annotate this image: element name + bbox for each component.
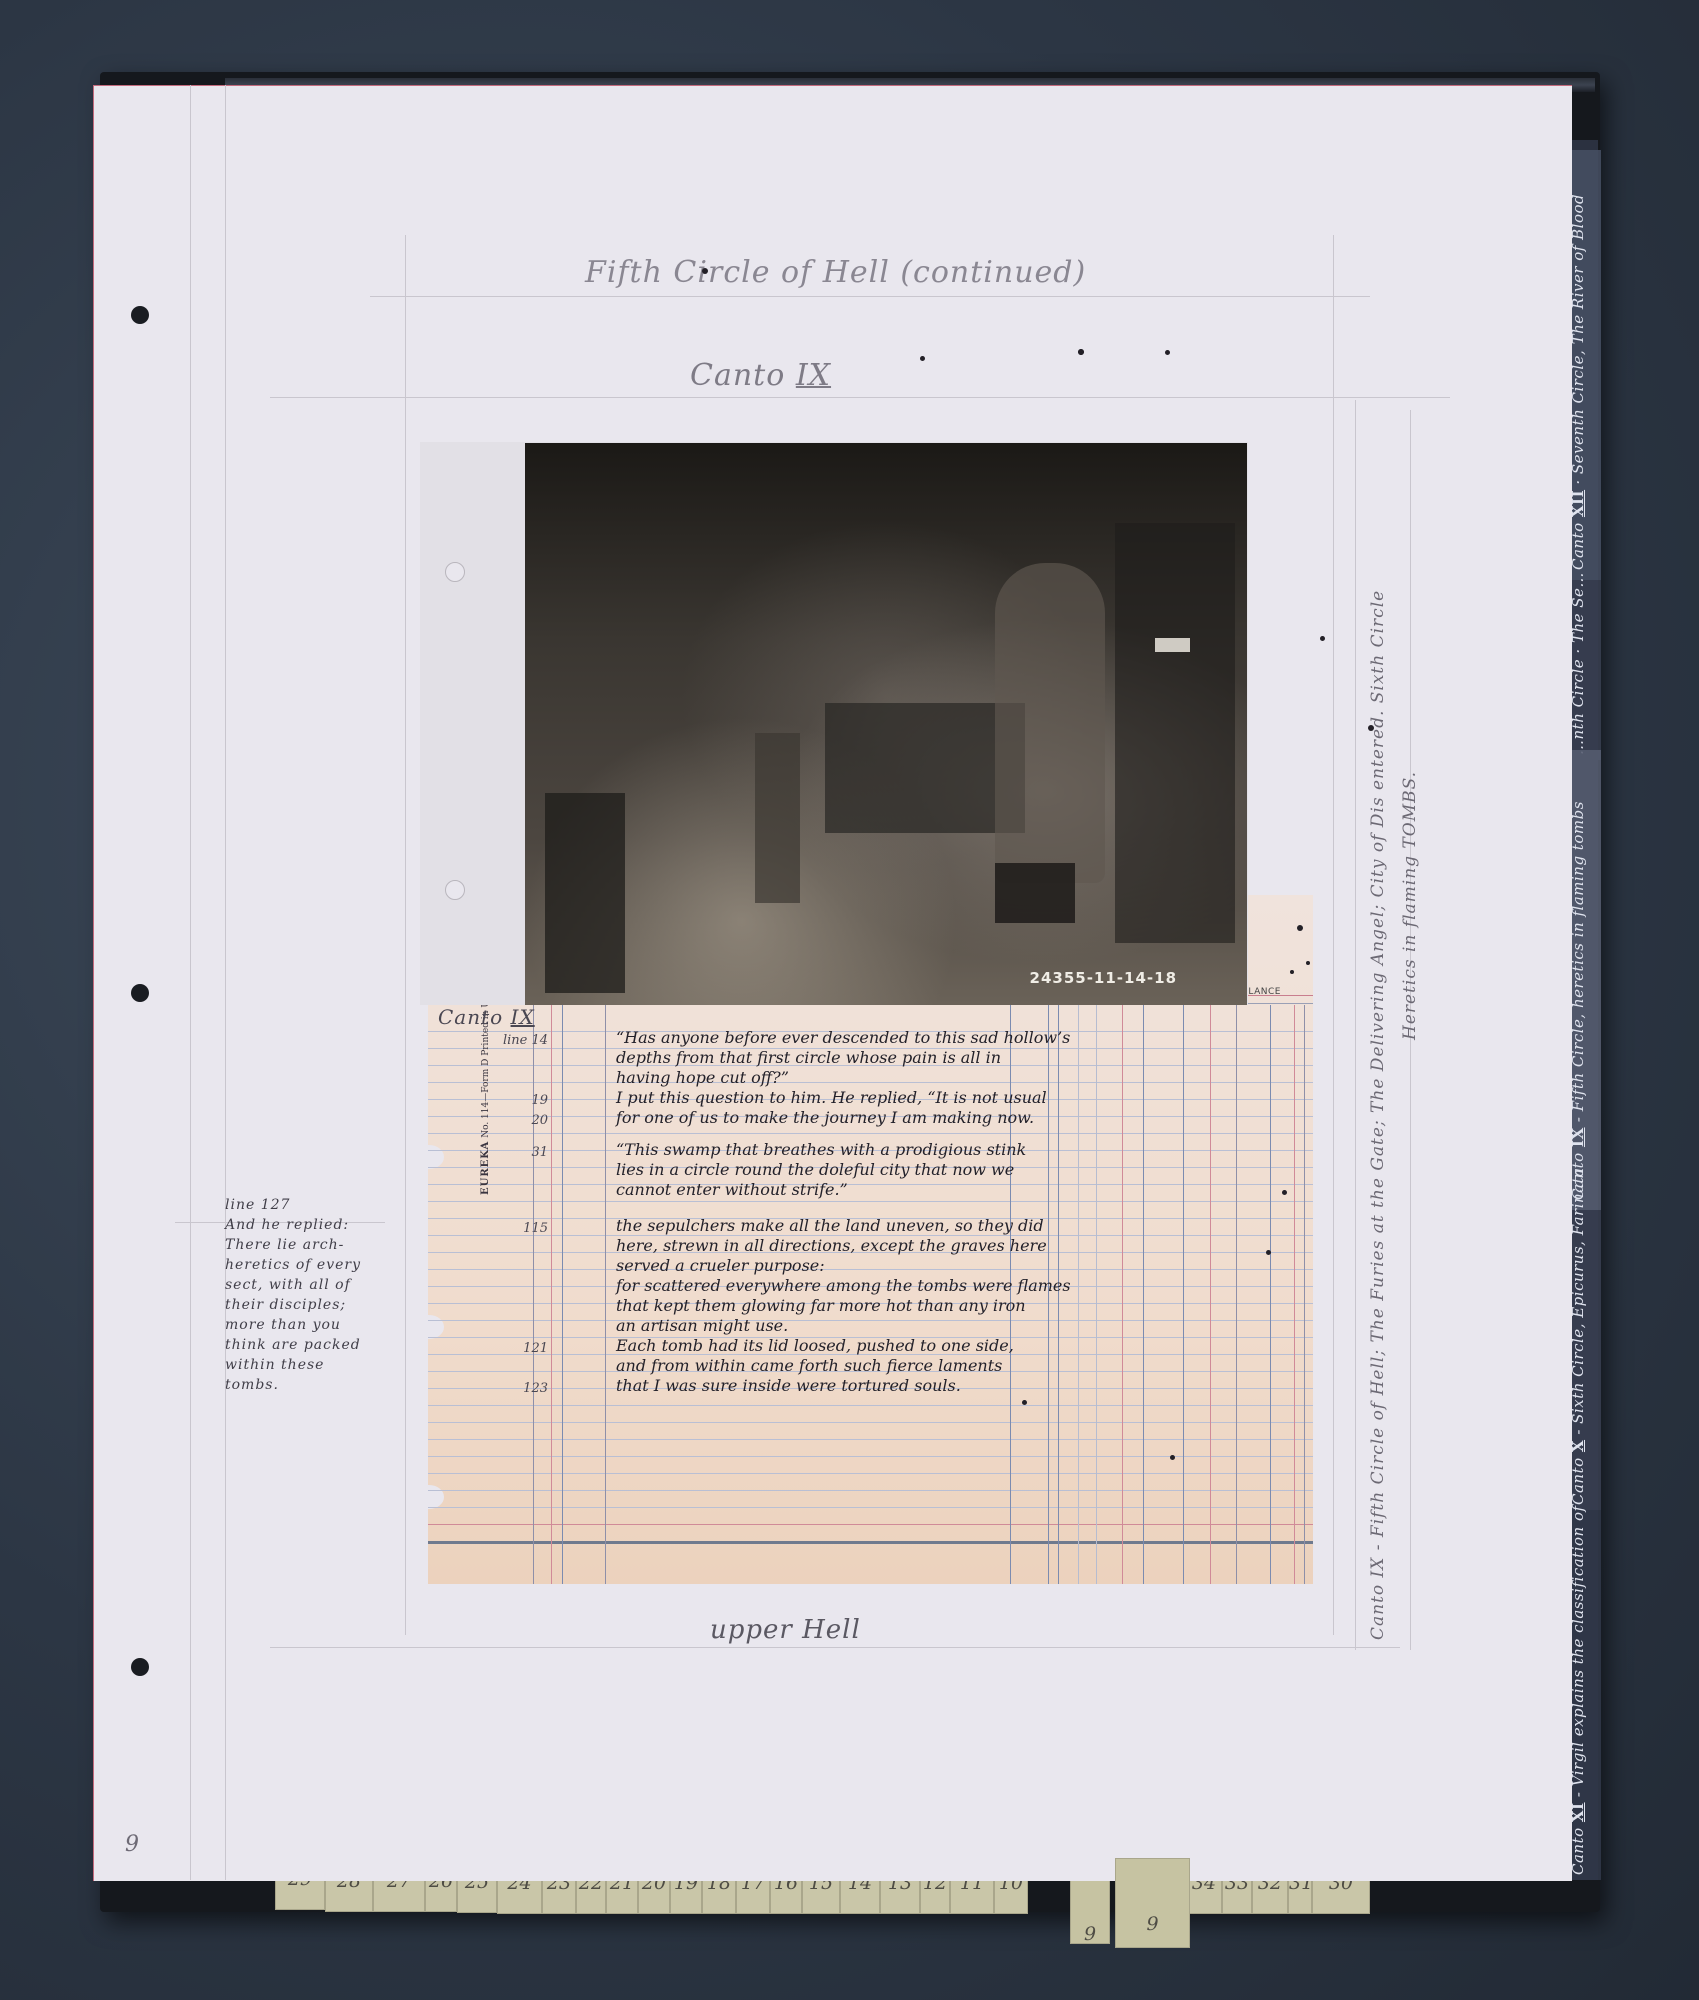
ledger-rule [428, 1473, 1313, 1474]
transcribed-line: cannot enter without strife.” [616, 1180, 848, 1199]
section-label-upper-hell: upper Hell [710, 1615, 861, 1645]
ledger-column-line [1294, 1005, 1295, 1584]
canto-heading: Canto IX [690, 358, 831, 393]
ledger-rule [428, 1082, 1313, 1083]
ledger-rule [428, 1184, 1313, 1185]
note-line: And he replied: [225, 1215, 395, 1235]
ledger-rule [428, 1524, 1313, 1525]
ledger-column-line [1096, 1005, 1097, 1584]
note-line: their disciples; [225, 1295, 395, 1315]
archival-photograph-factory-interior: 24355-11-14-18 [525, 443, 1247, 1005]
guide-line [370, 296, 1370, 297]
ink-speck [920, 356, 925, 361]
ink-speck [702, 268, 708, 274]
binder-hole [131, 306, 149, 324]
transcribed-line: an artisan might use. [616, 1316, 788, 1335]
note-line: think are packed [225, 1335, 395, 1355]
ledger-column-line [1304, 1005, 1305, 1584]
line-number: 115 [468, 1221, 548, 1236]
photo-sign [1155, 638, 1190, 652]
ledger-column-line [1143, 1005, 1144, 1584]
line-number: 121 [468, 1341, 548, 1356]
page-fold-line [190, 85, 191, 1880]
ink-speck [1282, 1190, 1287, 1195]
ledger-column-line [1078, 1005, 1079, 1584]
mount-punch-hole [445, 562, 465, 582]
page-number: 9 [125, 1832, 140, 1857]
ledger-punch-notch [428, 1145, 444, 1169]
ledger-rule [428, 1405, 1313, 1406]
ledger-column-line [551, 1005, 552, 1584]
ledger-punch-notch [428, 1315, 444, 1339]
ledger-column-line [1236, 1005, 1237, 1584]
photo-negative-number: 24355-11-14-18 [1030, 969, 1177, 987]
guide-line [270, 397, 1450, 398]
ledger-column-line [533, 1005, 534, 1584]
ledger-canto-heading: Canto IX [438, 1005, 535, 1029]
ledger-rule [428, 1507, 1313, 1508]
ledger-punch-notch [428, 1485, 444, 1509]
note-line: sect, with all of [225, 1275, 395, 1295]
note-line: more than you [225, 1315, 395, 1335]
note-line: tombs. [225, 1375, 395, 1395]
transcribed-line: “This swamp that breathes with a prodigi… [616, 1140, 1026, 1159]
ink-speck [1297, 925, 1303, 931]
transcribed-line: for one of us to make the journey I am m… [616, 1108, 1034, 1127]
transcribed-line: that kept them glowing far more hot than… [616, 1296, 1026, 1315]
ledger-rule [428, 1269, 1313, 1270]
binder-hole [131, 1658, 149, 1676]
ledger-column-line [1270, 1005, 1271, 1584]
ledger-rule [428, 1133, 1313, 1134]
transcribed-line: having hope cut off?” [616, 1068, 789, 1087]
binder-hole [131, 984, 149, 1002]
ledger-rule [428, 1541, 1313, 1544]
ledger-column-line [1210, 1005, 1211, 1584]
ledger-rule [428, 1490, 1313, 1491]
canto-heading-number: IX [796, 358, 831, 393]
note-line: heretics of every [225, 1255, 395, 1275]
bottom-tab-current[interactable]: 9 [1115, 1858, 1190, 1948]
line-number: 19 [468, 1093, 548, 1108]
ink-speck [1022, 1400, 1027, 1405]
transcribed-line: I put this question to him. He replied, … [616, 1088, 1047, 1107]
ledger-heading-prefix: Canto [438, 1005, 503, 1029]
ink-speck [1320, 636, 1325, 641]
transcribed-line: depths from that first circle whose pain… [616, 1048, 1001, 1067]
ink-speck [1290, 970, 1294, 974]
mount-punch-hole [445, 880, 465, 900]
ink-speck [1368, 725, 1374, 731]
photo-machine-shape [755, 733, 800, 903]
guide-line [405, 235, 406, 1635]
page-title: Fifth Circle of Hell (continued) [585, 255, 1086, 290]
ledger-rule [428, 1320, 1313, 1321]
guide-line [1355, 400, 1356, 1650]
transcribed-line: here, strewn in all directions, except t… [616, 1236, 1047, 1255]
note-line: line 127 [225, 1195, 395, 1215]
ledger-rule [428, 1201, 1313, 1202]
transcribed-line: and from within came forth such fierce l… [616, 1356, 1002, 1375]
transcribed-line: lies in a circle round the doleful city … [616, 1160, 1014, 1179]
ledger-column-line [562, 1005, 563, 1584]
ink-speck [1170, 1455, 1175, 1460]
ledger-column-line [1122, 1005, 1123, 1584]
line-number: 31 [468, 1145, 548, 1160]
ink-speck [1306, 961, 1310, 965]
transcribed-line: “Has anyone before ever descended to thi… [616, 1028, 1070, 1047]
photo-machine-shape [1115, 523, 1235, 943]
photo-machine-shape [995, 563, 1105, 883]
transcribed-line: for scattered everywhere among the tombs… [616, 1276, 1071, 1295]
transcribed-line: that I was sure inside were tortured sou… [616, 1376, 961, 1395]
ink-speck [1165, 350, 1170, 355]
photo-machine-shape [995, 863, 1075, 923]
ledger-rule [428, 1456, 1313, 1457]
photo-machine-shape [545, 793, 625, 993]
ledger-heading-number: IX [511, 1005, 535, 1029]
margin-note-line-127: line 127 And he replied: There lie arch-… [225, 1195, 395, 1395]
transcribed-line: served a crueler purpose: [616, 1256, 825, 1275]
guide-line [270, 1647, 1400, 1648]
line-number: 20 [468, 1113, 548, 1128]
canto-heading-prefix: Canto [690, 358, 785, 393]
ink-speck [1266, 1250, 1271, 1255]
note-line: There lie arch- [225, 1235, 395, 1255]
note-line: within these [225, 1355, 395, 1375]
line-number: 123 [468, 1381, 548, 1396]
vertical-canto-summary: Canto IX - Fifth Circle of Hell; The Fur… [1368, 590, 1388, 1640]
line-number: line 14 [468, 1033, 548, 1048]
ledger-column-line [1183, 1005, 1184, 1584]
guide-line [1333, 235, 1334, 1635]
page-fold-line [225, 85, 226, 1880]
transcribed-line: the sepulchers make all the land uneven,… [616, 1216, 1044, 1235]
ledger-rule [428, 1422, 1313, 1423]
transcribed-line: Each tomb had its lid loosed, pushed to … [616, 1336, 1014, 1355]
vertical-canto-summary-continued: Heretics in flaming TOMBS. [1400, 771, 1420, 1040]
ledger-rule [428, 1439, 1313, 1440]
ink-speck [1078, 349, 1084, 355]
ledger-column-line [605, 1005, 606, 1584]
